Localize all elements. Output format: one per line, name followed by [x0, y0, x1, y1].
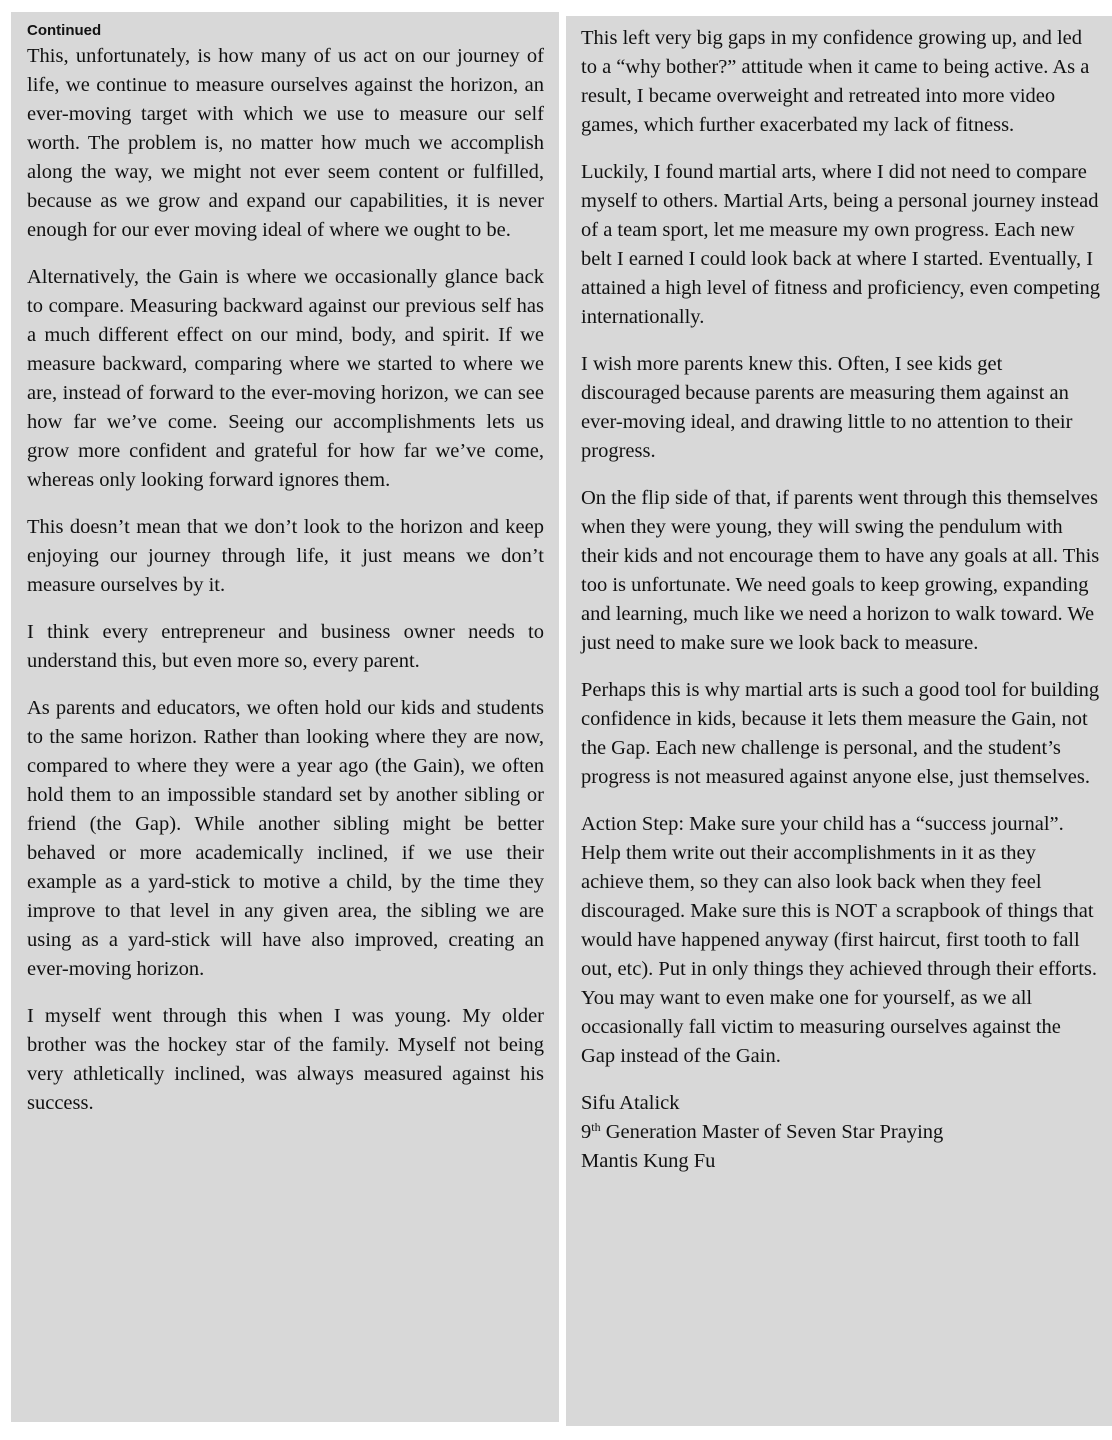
author-title-line-1: 9th Generation Master of Seven Star Pray…: [581, 1118, 1100, 1147]
paragraph: As parents and educators, we often hold …: [27, 694, 544, 984]
author-title-text: Generation Master of Seven Star Praying: [601, 1121, 944, 1143]
author-title-line-2: Mantis Kung Fu: [581, 1147, 1100, 1176]
paragraph: This doesn’t mean that we don’t look to …: [27, 513, 544, 600]
paragraph: On the flip side of that, if parents wen…: [581, 484, 1100, 658]
right-column: This left very big gaps in my confidence…: [566, 16, 1112, 1426]
left-column: Continued This, unfortunately, is how ma…: [11, 12, 559, 1422]
paragraph: I wish more parents knew this. Often, I …: [581, 350, 1100, 466]
action-step-paragraph: Action Step: Make sure your child has a …: [581, 810, 1100, 1071]
signature-block: Sifu Atalick 9th Generation Master of Se…: [581, 1089, 1100, 1176]
paragraph: Luckily, I found martial arts, where I d…: [581, 158, 1100, 332]
paragraph: I think every entrepreneur and business …: [27, 618, 544, 676]
paragraph: Alternatively, the Gain is where we occa…: [27, 263, 544, 495]
paragraph: I myself went through this when I was yo…: [27, 1002, 544, 1118]
author-name: Sifu Atalick: [581, 1089, 1100, 1118]
ordinal-suffix: th: [591, 1120, 600, 1134]
continued-heading: Continued: [27, 22, 544, 40]
paragraph: This, unfortunately, is how many of us a…: [27, 42, 544, 245]
paragraph: Perhaps this is why martial arts is such…: [581, 676, 1100, 792]
paragraph: This left very big gaps in my confidence…: [581, 24, 1100, 140]
generation-number: 9: [581, 1121, 591, 1143]
